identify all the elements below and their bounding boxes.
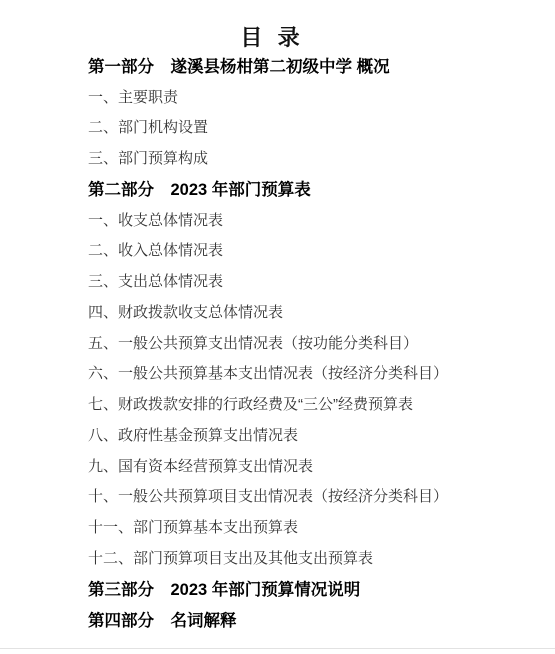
toc-item: 二、部门机构设置 — [88, 112, 555, 143]
toc-item: 二、收入总体情况表 — [88, 235, 555, 266]
toc-item: 一、收支总体情况表 — [88, 204, 555, 235]
toc-item: 六、一般公共预算基本支出情况表（按经济分类科目） — [88, 358, 555, 389]
toc-item: 七、财政拨款安排的行政经费及“三公”经费预算表 — [88, 388, 555, 419]
toc-part-heading: 第一部分 遂溪县杨柑第二初级中学 概况 — [88, 50, 555, 81]
toc-item: 十一、部门预算基本支出预算表 — [88, 511, 555, 542]
toc-part-heading: 第四部分 名词解释 — [88, 604, 555, 635]
toc-item: 五、一般公共预算支出情况表（按功能分类科目） — [88, 327, 555, 358]
toc-item: 一、主要职责 — [88, 81, 555, 112]
toc-part-heading: 第三部分 2023 年部门预算情况说明 — [88, 573, 555, 604]
page-title: 目 录 — [0, 0, 555, 50]
toc-item: 四、财政拨款收支总体情况表 — [88, 296, 555, 327]
toc-part-heading: 第二部分 2023 年部门预算表 — [88, 173, 555, 204]
toc-item: 八、政府性基金预算支出情况表 — [88, 419, 555, 450]
toc-item: 三、部门预算构成 — [88, 142, 555, 173]
toc-item: 三、支出总体情况表 — [88, 265, 555, 296]
toc-page: 目 录 第一部分 遂溪县杨柑第二初级中学 概况一、主要职责二、部门机构设置三、部… — [0, 0, 555, 654]
toc-item: 九、国有资本经营预算支出情况表 — [88, 450, 555, 481]
toc-item: 十、一般公共预算项目支出情况表（按经济分类科目） — [88, 481, 555, 512]
page-bottom-divider — [0, 648, 555, 649]
toc-list: 第一部分 遂溪县杨柑第二初级中学 概况一、主要职责二、部门机构设置三、部门预算构… — [0, 50, 555, 634]
toc-item: 十二、部门预算项目支出及其他支出预算表 — [88, 542, 555, 573]
